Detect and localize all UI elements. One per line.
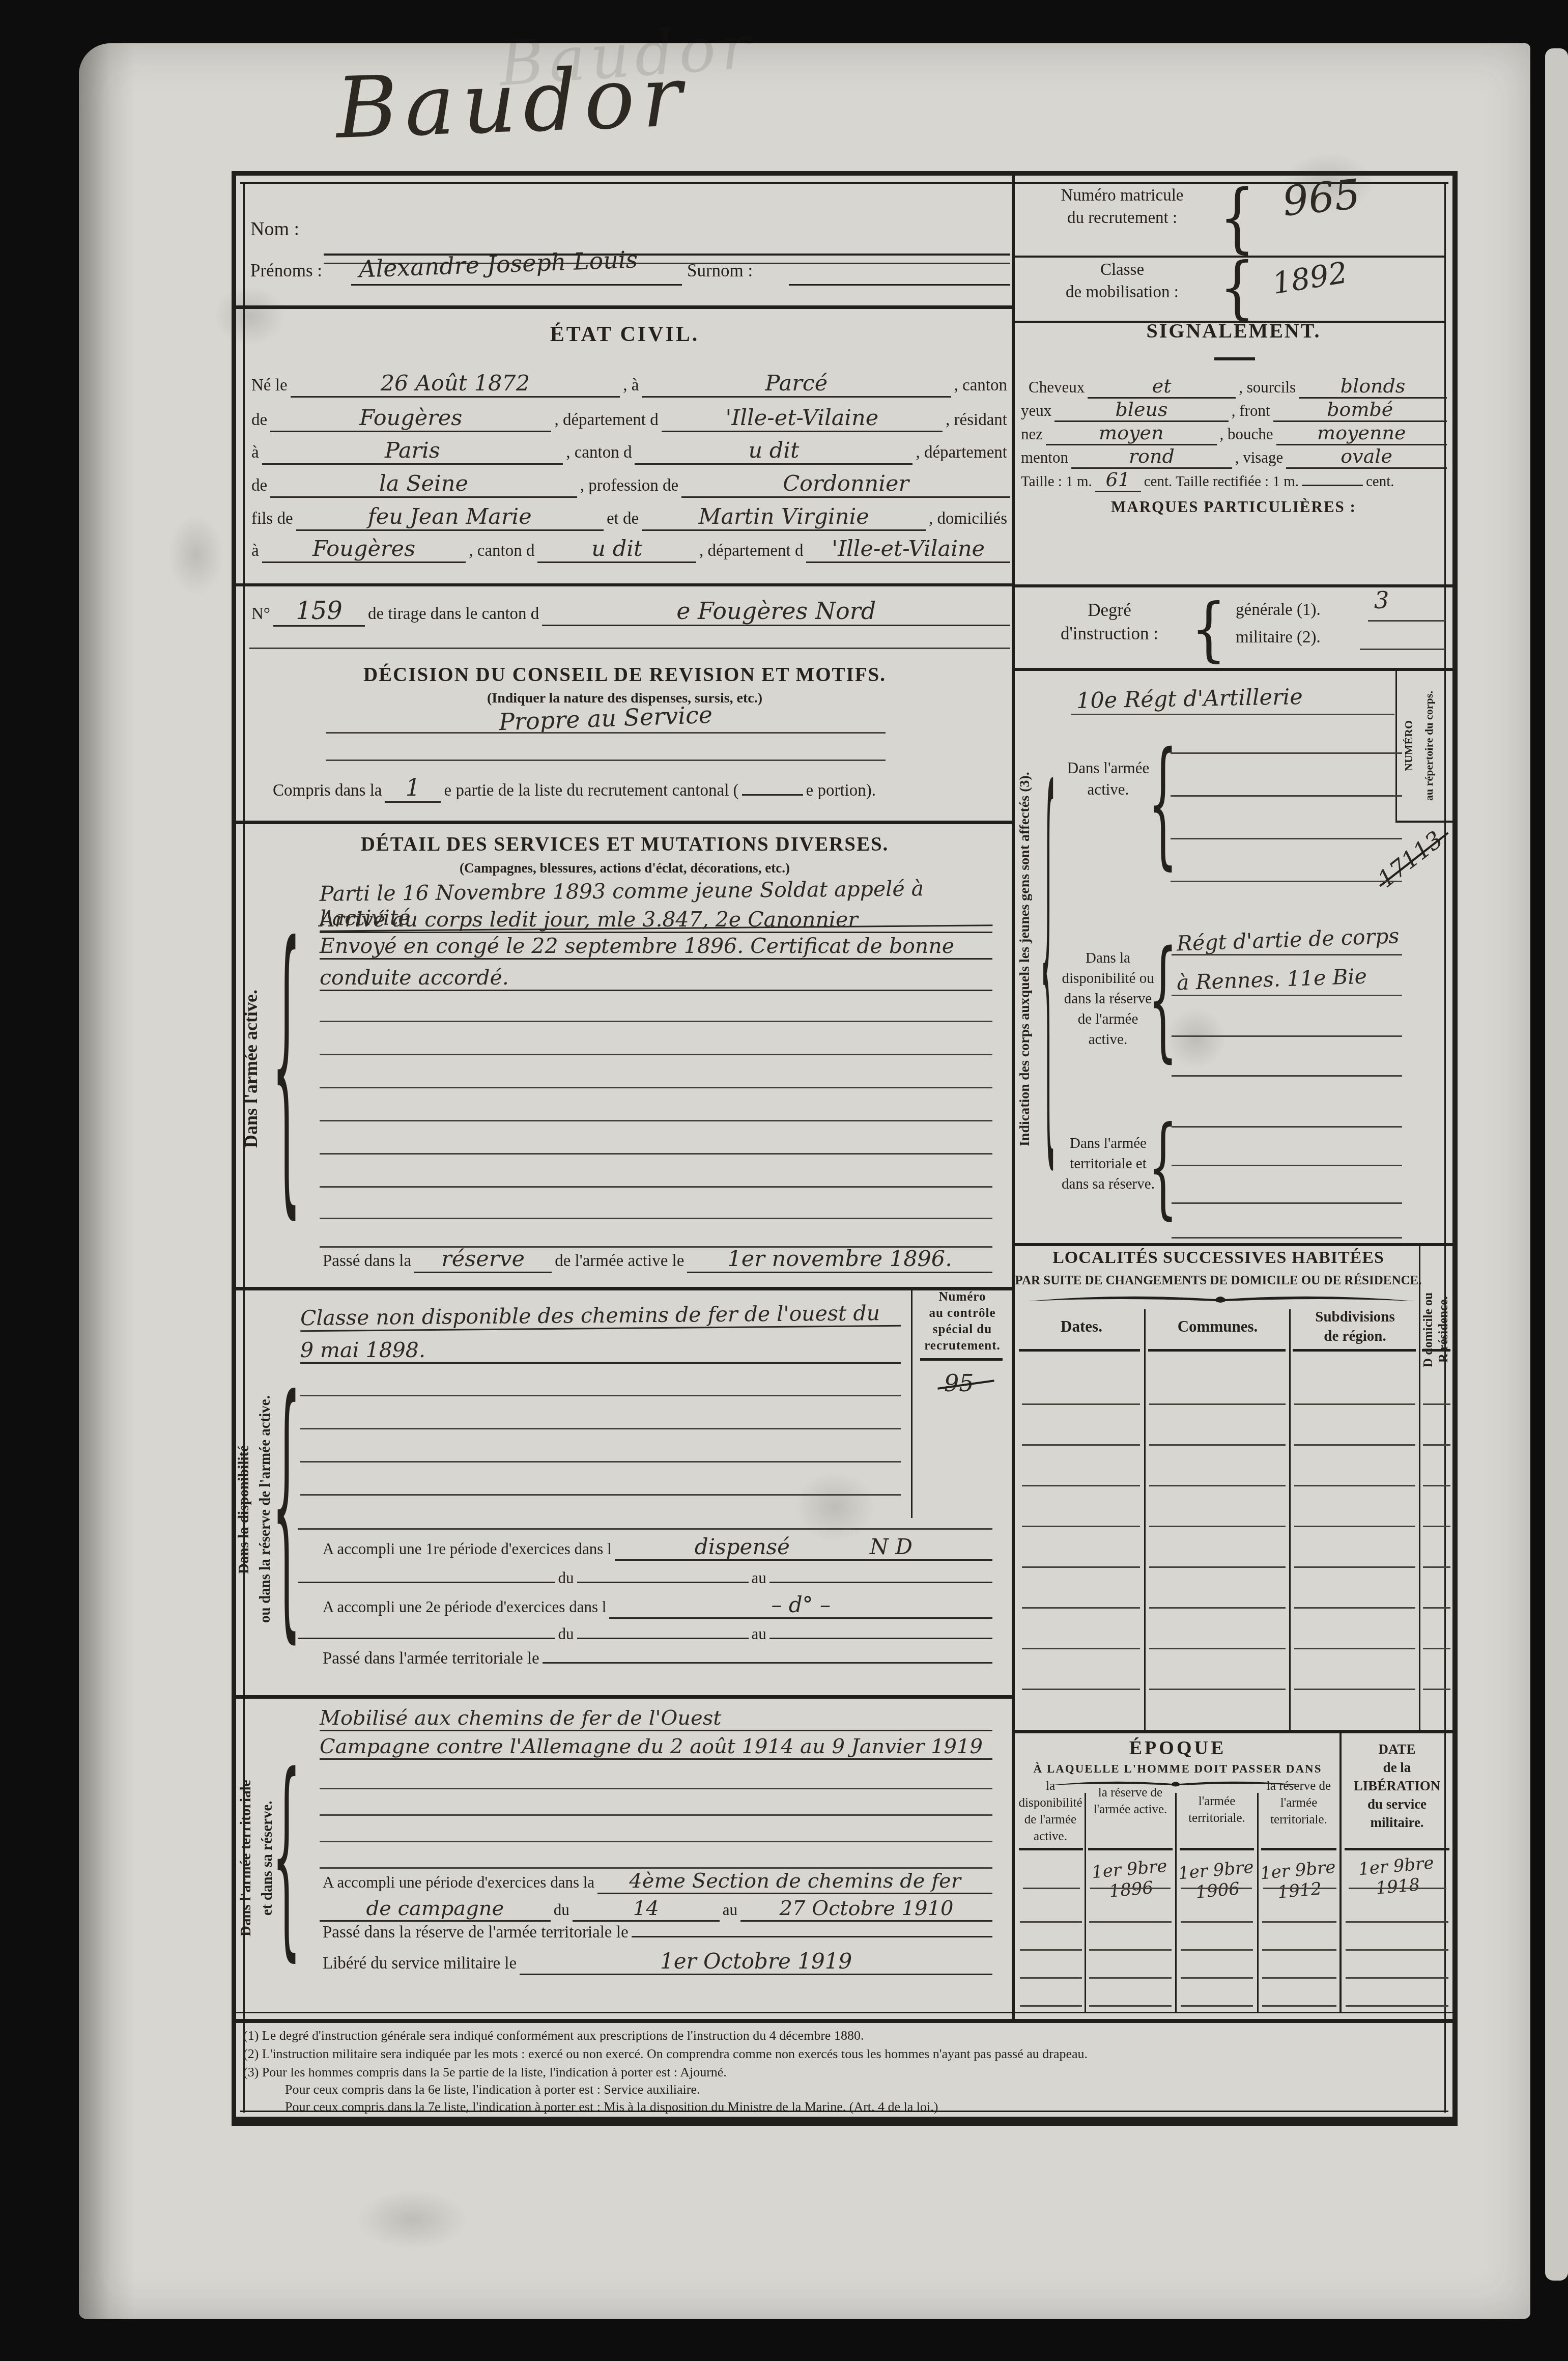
rule (920, 1358, 1003, 1361)
label: , bouche (1220, 425, 1273, 443)
rule (1339, 1730, 1342, 2012)
rule (232, 1695, 1013, 1699)
field (742, 794, 803, 796)
nom-label: Nom : (250, 218, 299, 240)
field (769, 1638, 992, 1639)
signalement-row-4: menton rond , visage ovale (1018, 445, 1447, 469)
generale-label: générale (1). (1236, 601, 1321, 620)
label: Taille : 1 m. (1021, 473, 1092, 490)
label: Passé dans la (323, 1252, 411, 1271)
label: , sourcils (1239, 378, 1296, 397)
label: du (558, 1569, 574, 1587)
localites-title: LOCALITÉS SUCCESSIVES HABITÉES (1015, 1248, 1422, 1268)
label: au (723, 1901, 737, 1919)
field (769, 1582, 992, 1583)
label: et de (607, 510, 639, 528)
signalement-row-3: nez moyen , bouche moyenne (1018, 421, 1447, 445)
field (632, 1936, 992, 1937)
rule (320, 1814, 992, 1816)
field: 159 (273, 597, 365, 627)
rule (1171, 838, 1402, 839)
localites-col-communes: Communes. (1148, 1317, 1288, 1336)
field: – d° – (609, 1592, 992, 1619)
field: rond (1071, 445, 1232, 469)
rule (1257, 1793, 1259, 2012)
decision-title: DÉCISION DU CONSEIL DE REVISION ET MOTIF… (239, 663, 1010, 686)
footnote-1: (1) Le degré d'instruction générale sera… (243, 2028, 1444, 2043)
label: , profession de (580, 476, 678, 495)
label: à (251, 443, 259, 462)
rule (1171, 795, 1402, 797)
brace: { (1197, 594, 1220, 664)
passe-territoriale-line: Passé dans l'armée territoriale le (320, 1649, 992, 1668)
rule (1172, 1035, 1402, 1037)
field: u dit (635, 438, 913, 465)
rule (1015, 1243, 1452, 1246)
corps-terr-label: Dans l'armée territoriale et dans sa rés… (1061, 1133, 1155, 1194)
du-au-line-1: du au (298, 1569, 992, 1587)
field: 26 Août 1872 (291, 371, 620, 398)
corps-dispo-label: Dans la disponibilité ou dans la réserve… (1060, 948, 1156, 1050)
label: Passé dans la réserve de l'armée territo… (323, 1923, 629, 1942)
field: 1 (385, 774, 441, 803)
label: A accompli une 1re période d'exercices d… (323, 1540, 612, 1558)
ornament-dash (1214, 357, 1255, 360)
rule (326, 760, 886, 761)
dispo-line-1: Classe non disponible des chemins de fer… (300, 1301, 901, 1332)
field: bombé (1273, 398, 1447, 422)
field (577, 1582, 749, 1583)
border-rule (232, 2019, 1453, 2023)
dispo-line-2: 9 mai 1898. (300, 1338, 901, 1364)
rule (1172, 1237, 1402, 1239)
book-spine-shadow (79, 43, 135, 2319)
footnote-2: (2) L'instruction militaire sera indiqué… (243, 2046, 1444, 2062)
label: , département d (699, 542, 803, 560)
label: Compris dans la (273, 781, 382, 800)
field (543, 1662, 992, 1664)
field: Fougères (270, 405, 551, 432)
border-rule (232, 171, 1458, 176)
rule (1345, 1848, 1449, 1850)
rule (300, 1428, 901, 1429)
corps-active-label: Dans l'armée active. (1061, 757, 1155, 800)
marques-title: MARQUES PARTICULIÈRES : (1015, 498, 1452, 516)
field: Parcé (642, 371, 951, 398)
services-title: DÉTAIL DES SERVICES ET MUTATIONS DIVERSE… (239, 833, 1010, 856)
rule (1180, 1848, 1254, 1850)
field: Paris (262, 438, 563, 465)
table-blank-rows (1020, 1895, 1082, 2009)
rule (1395, 671, 1397, 822)
field: 'Ille-et-Vilaine (662, 405, 943, 432)
rule (1015, 668, 1452, 671)
label: N° (251, 605, 270, 624)
generale-value: 3 (1374, 586, 1389, 614)
field: 4ème Section de chemins de fer (597, 1869, 992, 1894)
rule (320, 1788, 992, 1789)
label: Cheveux (1029, 378, 1085, 397)
brace: { (1151, 713, 1175, 896)
field: ovale (1286, 445, 1447, 469)
field: réserve (414, 1246, 552, 1273)
passe-res-terr-line: Passé dans la réserve de l'armée territo… (320, 1923, 992, 1942)
rule (1015, 1730, 1452, 1733)
rule (1368, 620, 1445, 622)
table-blank-rows (1149, 1364, 1286, 1727)
rule (1019, 1349, 1140, 1352)
epoque-col-1: la disponibilité de l'armée active. (1018, 1778, 1083, 1845)
label: e portion). (806, 781, 876, 800)
rule (320, 1120, 992, 1121)
corps-active-value: 10e Régt d'Artillerie (1076, 684, 1303, 714)
border-rule (1452, 171, 1458, 2126)
label: de (251, 476, 267, 495)
label: cent. (1366, 473, 1394, 490)
rule (1172, 1126, 1402, 1128)
next-page-edge (1545, 48, 1568, 2281)
label: cent. Taille rectifiée : 1 m. (1144, 473, 1299, 490)
services-line-4: conduite accordé. (320, 965, 992, 991)
field: 1er Octobre 1919 (520, 1949, 992, 1975)
surnom-label: Surnom : (687, 261, 753, 281)
label: A accompli une 2e période d'exercices da… (323, 1598, 606, 1616)
scanned-register-page: Baudor Baudor Nom : Prénoms : Alexandre … (0, 0, 1568, 2361)
rule (298, 1528, 992, 1530)
label: , à (623, 376, 639, 395)
instruction-label: Degré d'instruction : (1025, 599, 1193, 645)
brace: { (1225, 254, 1249, 321)
field (577, 1638, 749, 1639)
field: de campagne (320, 1897, 551, 1922)
table-blank-rows (1423, 1364, 1450, 1727)
rule (1419, 1246, 1420, 1730)
periode2-line: A accompli une 2e période d'exercices da… (320, 1592, 992, 1619)
signalement-row-2: yeux bleus , front bombé (1018, 398, 1447, 422)
label: au (752, 1625, 766, 1643)
rule (1172, 1075, 1402, 1077)
label: du (558, 1625, 574, 1643)
stain (168, 514, 224, 596)
field: la Seine (270, 471, 577, 498)
rule (1349, 1888, 1446, 1889)
rule (789, 284, 1010, 286)
label: fils de (251, 510, 293, 528)
table-blank-rows (1181, 1895, 1253, 2009)
rule (1395, 821, 1453, 823)
label: , domiciliés (929, 510, 1007, 528)
border-rule (234, 2012, 1452, 2013)
etat-civil-title: ÉTAT CIVIL. (239, 322, 1010, 347)
label: , front (1232, 402, 1270, 420)
signalement-row-1: Cheveux et , sourcils blonds (1025, 375, 1447, 399)
rule (320, 1218, 992, 1219)
field: Martin Virginie (642, 504, 926, 531)
label: de tirage dans le canton d (368, 605, 539, 624)
brace: { (1225, 179, 1249, 256)
table-blank-rows (1262, 1895, 1336, 2009)
table-blank-rows (1294, 1364, 1415, 1727)
etat-civil-line-2: de Fougères , département d 'Ille-et-Vil… (248, 405, 1010, 432)
terr-periode-line: A accompli une période d'exercices dans … (320, 1869, 992, 1894)
epoque-col-2: la réserve de l'armée active. (1087, 1784, 1174, 1818)
label: A accompli une période d'exercices dans … (323, 1873, 594, 1892)
compris-line: Compris dans la 1 e partie de la liste d… (270, 774, 992, 803)
rule (320, 1087, 992, 1088)
militaire-label: militaire (2). (1236, 628, 1321, 647)
epoque-col-date-liberation: DATE de la LIBÉRATION du service militai… (1345, 1740, 1449, 1832)
field: bleus (1054, 398, 1228, 422)
table-blank-rows (1346, 1895, 1448, 2009)
brace: { (275, 860, 298, 1273)
rule (320, 1841, 992, 1842)
periode1-line: A accompli une 1re période d'exercices d… (320, 1534, 992, 1561)
brace: { (275, 1714, 298, 2000)
rule (1171, 881, 1402, 882)
label: Passé dans l'armée territoriale le (323, 1649, 539, 1668)
classe-label: Classe de mobilisation : (1020, 259, 1224, 303)
rule (232, 305, 1013, 309)
label: Libéré du service militaire le (323, 1954, 517, 1973)
field: 61 (1095, 468, 1141, 492)
rule (1263, 1888, 1336, 1889)
label: au (752, 1569, 766, 1587)
label: menton (1021, 448, 1068, 467)
prenoms-label: Prénoms : (250, 261, 322, 281)
rule (1085, 1793, 1086, 2012)
stain (794, 1471, 875, 1542)
rule (1172, 954, 1402, 955)
brace: { (275, 1324, 298, 1690)
epoque-subtitle: À LAQUELLE L'HOMME DOIT PASSER DANS (1015, 1762, 1341, 1776)
rule (911, 1288, 913, 1518)
label: , canton d (469, 542, 534, 560)
taille-row: Taille : 1 m. 61 cent. Taille rectifiée … (1018, 468, 1447, 492)
field: Cordonnier (681, 471, 1010, 498)
rule (351, 284, 682, 286)
label: , département d (554, 411, 658, 430)
rule (1175, 1793, 1177, 2012)
epoque-title: ÉPOQUE (1015, 1737, 1341, 1759)
signalement-title: SIGNALEMENT. (1015, 319, 1452, 343)
border-rule (240, 182, 1448, 184)
label: e partie de la liste du recrutement cant… (444, 781, 738, 800)
field: et (1088, 375, 1236, 399)
field: Fougères (262, 536, 466, 563)
localites-col-dates: Dates. (1020, 1317, 1143, 1336)
rule (1090, 1888, 1171, 1889)
rule (320, 1054, 992, 1055)
label: , canton (954, 376, 1007, 395)
swash-ornament (1028, 1292, 1415, 1306)
field: feu Jean Marie (296, 504, 604, 531)
field (1302, 485, 1363, 486)
passe-reserve-line: Passé dans la réserve de l'armée active … (320, 1246, 992, 1273)
table-blank-rows (1089, 1895, 1172, 2009)
terr-line-2: Campagne contre l'Allemagne du 2 août 19… (320, 1735, 992, 1760)
table-blank-rows (1022, 1364, 1140, 1727)
rule (1261, 1848, 1336, 1850)
brace: { (1151, 914, 1175, 1087)
field: 'Ille-et-Vilaine (806, 536, 1010, 563)
repertoire-label: NUMÉRO au répertoire du corps. (1399, 674, 1447, 818)
field: 14 (573, 1897, 720, 1922)
field: dispensé N D (615, 1534, 992, 1561)
rule (232, 821, 1013, 824)
etat-civil-line-4: de la Seine , profession de Cordonnier (248, 471, 1010, 498)
name-signature: Baudor (334, 47, 691, 157)
controle-header: Numéro au contrôle spécial du recrutemen… (916, 1289, 1009, 1354)
epoque-col-4: la réserve de l'armée territoriale. (1260, 1778, 1337, 1828)
etat-civil-line-6: à Fougères , canton d u dit , départemen… (248, 536, 1010, 563)
tirage-line: N° 159 de tirage dans le canton d e Foug… (248, 597, 1010, 627)
rule (320, 1867, 992, 1869)
rule (1172, 1165, 1402, 1166)
rule (1422, 1349, 1450, 1352)
services-line-2: Arrivé au corps ledit jour, mle 3.847, 2… (320, 907, 992, 933)
footnote-4: Pour ceux compris dans la 6e liste, l'in… (285, 2082, 1445, 2097)
rule (1181, 1888, 1252, 1889)
brace: { (1151, 1094, 1175, 1241)
rule (1289, 1309, 1291, 1730)
rule (249, 648, 1010, 649)
rule (300, 1395, 901, 1396)
brace: { (1039, 677, 1058, 1241)
rule (1019, 1848, 1083, 1850)
rule (1293, 1349, 1416, 1352)
matricule-label: Numéro matricule du recrutement : (1020, 184, 1224, 229)
rule (320, 1153, 992, 1155)
rule (300, 1494, 901, 1496)
localites-col-subdivisions: Subdivisions de région. (1293, 1307, 1417, 1346)
field: moyen (1046, 421, 1216, 445)
localites-subtitle: PAR SUITE DE CHANGEMENTS DE DOMICILE OU … (1015, 1274, 1422, 1288)
rule (326, 732, 886, 734)
rule (1360, 649, 1445, 650)
etat-civil-line-1: Né le 26 Août 1872 , à Parcé , canton (248, 371, 1010, 398)
field: 1er novembre 1896. (687, 1246, 992, 1273)
footnote-3: (3) Pour les hommes compris dans la 5e p… (243, 2065, 1444, 2080)
field: moyenne (1276, 421, 1447, 445)
etat-civil-line-5: fils de feu Jean Marie et de Martin Virg… (248, 504, 1010, 531)
label: yeux (1021, 402, 1051, 420)
border-rule (232, 2117, 1458, 2126)
field: e Fougères Nord (542, 597, 1010, 626)
label: , résidant (946, 411, 1007, 430)
rule (1148, 1349, 1286, 1352)
rule (1144, 1309, 1146, 1730)
label: de l'armée active le (555, 1252, 684, 1271)
rule (232, 1287, 1013, 1290)
field: u dit (537, 536, 696, 563)
field (298, 1582, 555, 1583)
side-label-corps: Indication des corps auxquels les jeunes… (1017, 677, 1040, 1241)
epoque-col-3: l'armée territoriale. (1179, 1793, 1255, 1826)
rule (1088, 1848, 1173, 1850)
label: , département (916, 443, 1007, 462)
terr-periode-line-2: de campagne du 14 au 27 Octobre 1910 (320, 1897, 992, 1922)
field: blonds (1299, 375, 1447, 399)
services-line-3: Envoyé en congé le 22 septembre 1896. Ce… (320, 934, 992, 960)
rule (300, 1461, 901, 1463)
label: nez (1021, 425, 1043, 443)
label: à (251, 542, 259, 560)
rule (1071, 714, 1394, 715)
label: de (251, 411, 267, 430)
field (298, 1638, 555, 1639)
services-subtitle: (Campagnes, blessures, actions d'éclat, … (239, 860, 1010, 876)
label: , visage (1235, 448, 1284, 467)
field: 27 Octobre 1910 (740, 1897, 992, 1922)
rule (320, 1186, 992, 1188)
rule (1172, 995, 1402, 996)
label: du (554, 1901, 569, 1919)
label: Né le (251, 376, 288, 395)
rule (232, 583, 1013, 586)
terr-line-1: Mobilisé aux chemins de fer de l'Ouest (320, 1706, 992, 1731)
etat-civil-line-3: à Paris , canton d u dit , département (248, 438, 1010, 465)
footnote-5: Pour ceux compris dans la 7e liste, l'in… (285, 2099, 1445, 2115)
rule (320, 1021, 992, 1022)
du-au-line-2: du au (298, 1625, 992, 1643)
rule (1023, 1888, 1080, 1889)
matricule-value: 965 (1280, 170, 1363, 225)
label: , canton d (566, 443, 632, 462)
side-label-armee-active: Dans l'armée active. (240, 896, 269, 1242)
stain (356, 2189, 468, 2250)
rule (1172, 1202, 1402, 1204)
rule (1171, 752, 1402, 754)
libere-line: Libéré du service militaire le 1er Octob… (320, 1949, 992, 1975)
